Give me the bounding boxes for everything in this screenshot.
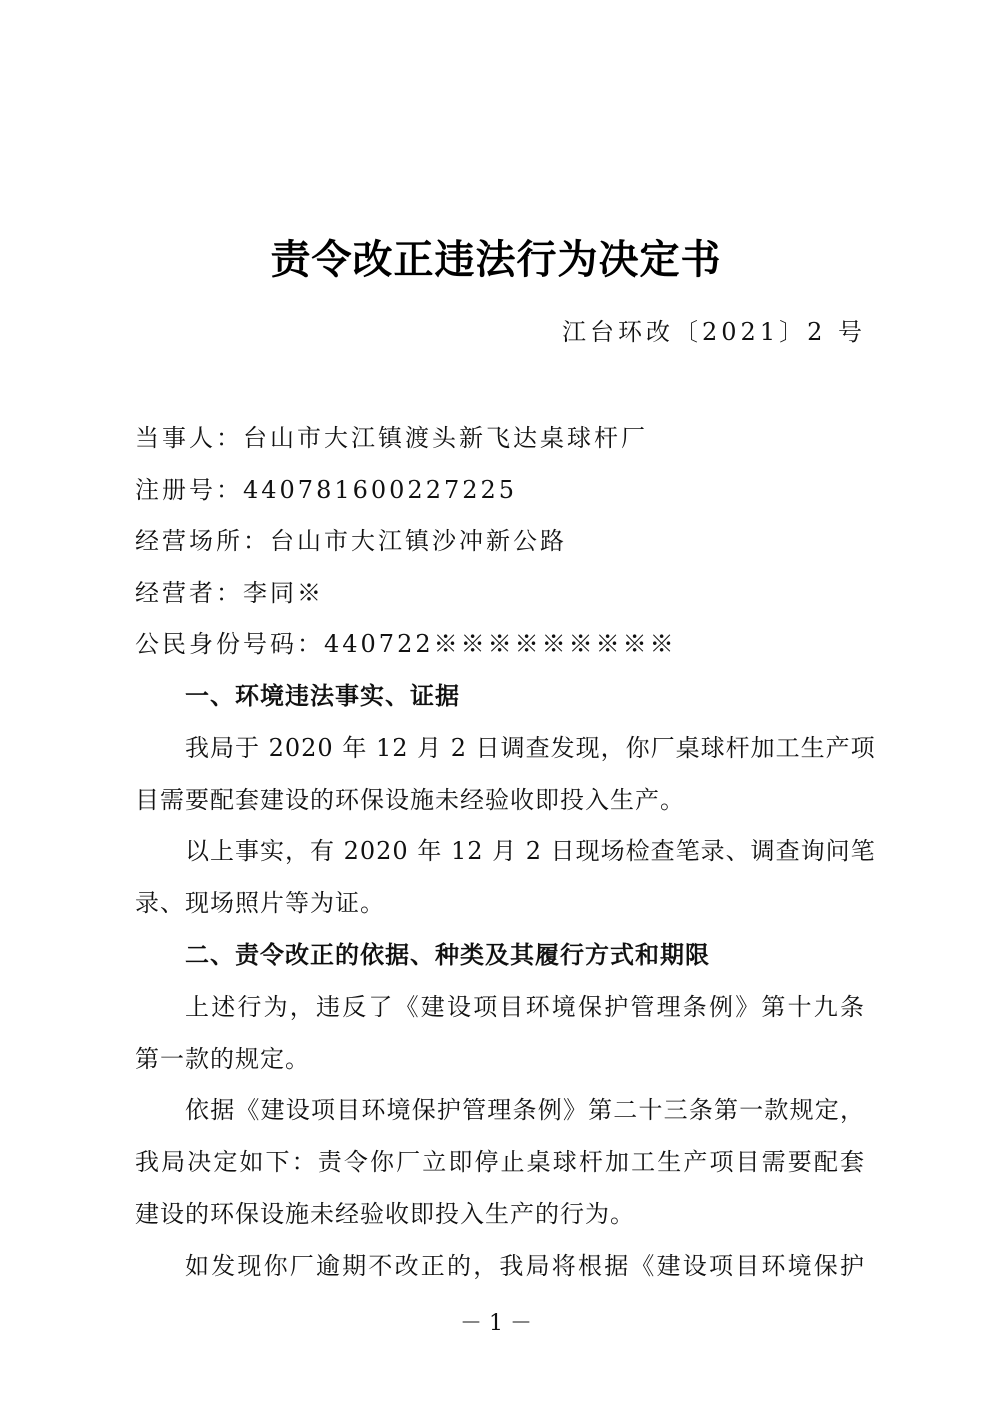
party-name: 当事人：台山市大江镇渡头新飞达桌球杆厂 [135, 418, 865, 453]
paragraph-line: 如发现你厂逾期不改正的，我局将根据《建设项目环境保护 [185, 1246, 865, 1281]
paragraph-line: 依据《建设项目环境保护管理条例》第二十三条第一款规定， [185, 1090, 865, 1125]
operator-name: 经营者：李同※ [135, 573, 865, 608]
paragraph-line: 录、现场照片等为证。 [135, 883, 865, 918]
registration-number: 注册号：440781600227225 [135, 470, 865, 505]
paragraph-line: 我局决定如下：责令你厂立即停止桌球杆加工生产项目需要配套 [135, 1142, 865, 1177]
section-heading-basis: 二、责令改正的依据、种类及其履行方式和期限 [185, 935, 915, 970]
page-number: － 1 － [0, 1306, 992, 1337]
document-number: 江台环改〔2021〕2 号 [562, 312, 866, 347]
paragraph-line: 我局于 2020 年 12 月 2 日调查发现，你厂桌球杆加工生产项 [185, 728, 865, 763]
paragraph-line: 目需要配套建设的环保设施未经验收即投入生产。 [135, 780, 865, 815]
section-heading-facts: 一、环境违法事实、证据 [185, 676, 915, 711]
business-location: 经营场所：台山市大江镇沙冲新公路 [135, 521, 865, 556]
document-title: 责令改正违法行为决定书 [0, 228, 992, 285]
paragraph-line: 第一款的规定。 [135, 1039, 865, 1074]
citizen-id: 公民身份号码：440722※※※※※※※※※ [135, 624, 865, 659]
paragraph-line: 建设的环保设施未经验收即投入生产的行为。 [135, 1194, 865, 1229]
paragraph-line: 以上事实，有 2020 年 12 月 2 日现场检查笔录、调查询问笔 [185, 831, 865, 866]
paragraph-line: 上述行为，违反了《建设项目环境保护管理条例》第十九条 [185, 987, 865, 1022]
